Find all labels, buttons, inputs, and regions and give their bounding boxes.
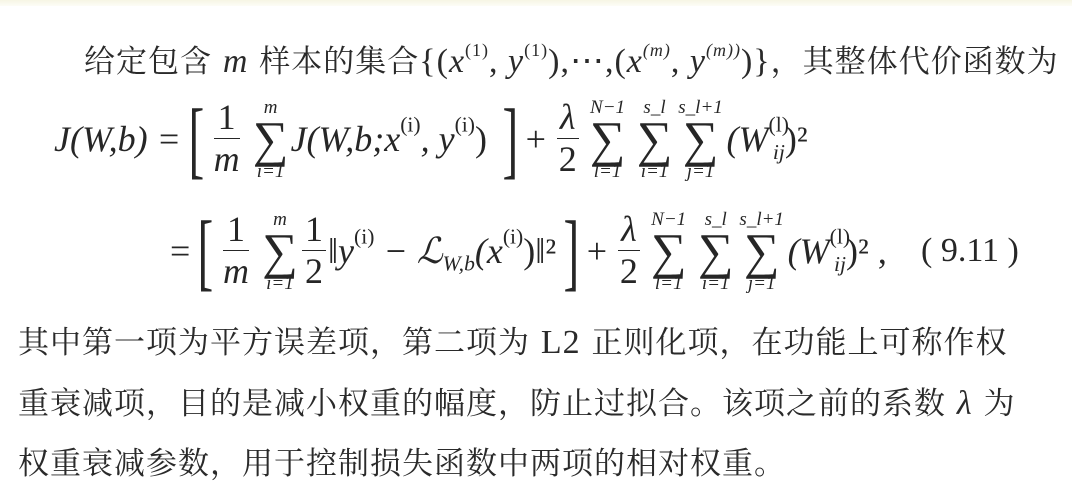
sum-l: N−1∑l=1 bbox=[642, 210, 696, 293]
right-bracket: ] bbox=[502, 96, 518, 182]
sum-j: s_l+1∑j=1 bbox=[736, 210, 788, 293]
equation-line-2: = [ 1 m m∑i=1 1 2 ‖y(i) − ℒW,b(x(i))‖² ]… bbox=[170, 208, 887, 294]
left-bracket: [ bbox=[188, 96, 204, 182]
loss-term: J(W,b;x(i), y(i)) bbox=[291, 119, 487, 159]
intro-line: 给定包含 m 样本的集合{(x(1), y(1)),⋯,(x(m), y(m))… bbox=[84, 36, 1059, 81]
text: 重衰减项，目的是减小权重的幅度，防止过拟合。该项之前的系数 bbox=[18, 386, 957, 422]
sum-j: s_l+1∑j=1 bbox=[675, 98, 727, 181]
ellipsis: ),⋯,( bbox=[548, 43, 627, 80]
fraction-lambda-over-2: λ 2 bbox=[618, 210, 640, 292]
fraction-1-over-m: 1 m bbox=[214, 98, 240, 180]
ym-sup: (m)) bbox=[706, 40, 741, 60]
ym: y bbox=[690, 43, 706, 80]
paragraph-line-2: 重衰减项，目的是减小权重的幅度，防止过拟合。该项之前的系数 λ 为 bbox=[18, 378, 1015, 423]
y1-sup: (1) bbox=[524, 40, 548, 60]
text: 正则化项，在功能上可称作权 bbox=[581, 325, 1008, 361]
equation-number: ( 9.11 ) bbox=[921, 232, 1019, 270]
lhs: J(W,b) = bbox=[54, 119, 181, 159]
equals: = bbox=[170, 231, 190, 271]
plus: + bbox=[587, 231, 607, 271]
fraction-lambda-over-2: λ 2 bbox=[557, 98, 579, 180]
set-close: )} bbox=[741, 43, 771, 80]
comma: , bbox=[671, 43, 690, 80]
equation-line-1: J(W,b) = [ 1 m m ∑ i=1 J(W,b;x(i), y(i))… bbox=[54, 96, 808, 182]
text: 其中第一项为平方误差项，第二项为 bbox=[18, 325, 541, 361]
sum-i: m ∑ i=1 bbox=[251, 98, 291, 181]
paragraph-line-3: 权重衰减参数，用于控制损失函数中两项的相对权重。 bbox=[18, 438, 786, 483]
plus: + bbox=[526, 119, 546, 159]
norm-term: ‖y(i) − ℒW,b(x(i))‖² bbox=[328, 231, 556, 271]
sum-i: m∑i=1 bbox=[260, 210, 300, 293]
intro-prefix: 给定包含 bbox=[84, 44, 212, 80]
fraction-half: 1 2 bbox=[302, 210, 326, 292]
right-bracket: ] bbox=[564, 208, 580, 294]
page-top-edge bbox=[0, 0, 1072, 6]
sum-l: N−1∑l=1 bbox=[581, 98, 635, 181]
weight-term: (W(l)ij)² bbox=[727, 119, 808, 159]
l2-term: L2 bbox=[541, 324, 581, 361]
left-bracket: [ bbox=[198, 208, 214, 294]
paragraph-line-1: 其中第一项为平方误差项，第二项为 L2 正则化项，在功能上可称作权 bbox=[18, 317, 1008, 362]
sum-i: s_l∑i=1 bbox=[635, 98, 675, 181]
set-open: {( bbox=[419, 43, 449, 80]
xm-sup: (m) bbox=[643, 40, 671, 60]
lambda-symbol: λ bbox=[957, 385, 973, 422]
xm: x bbox=[627, 43, 643, 80]
x1-sup: (1) bbox=[465, 40, 489, 60]
weight-term: (W(l)ij)² , bbox=[788, 231, 887, 271]
text: 权重衰减参数，用于控制损失函数中两项的相对权重。 bbox=[18, 446, 786, 482]
intro-suffix: ，其整体代价函数为 bbox=[771, 44, 1059, 80]
y1: y bbox=[508, 43, 524, 80]
x1: x bbox=[449, 43, 465, 80]
var-m: m bbox=[223, 43, 249, 80]
comma: , bbox=[489, 43, 508, 80]
text: 为 bbox=[973, 386, 1016, 422]
sum-i: s_l∑i=1 bbox=[696, 210, 736, 293]
fraction-1-over-m: 1 m bbox=[223, 210, 249, 292]
intro-middle: 样本的集合 bbox=[259, 44, 419, 80]
